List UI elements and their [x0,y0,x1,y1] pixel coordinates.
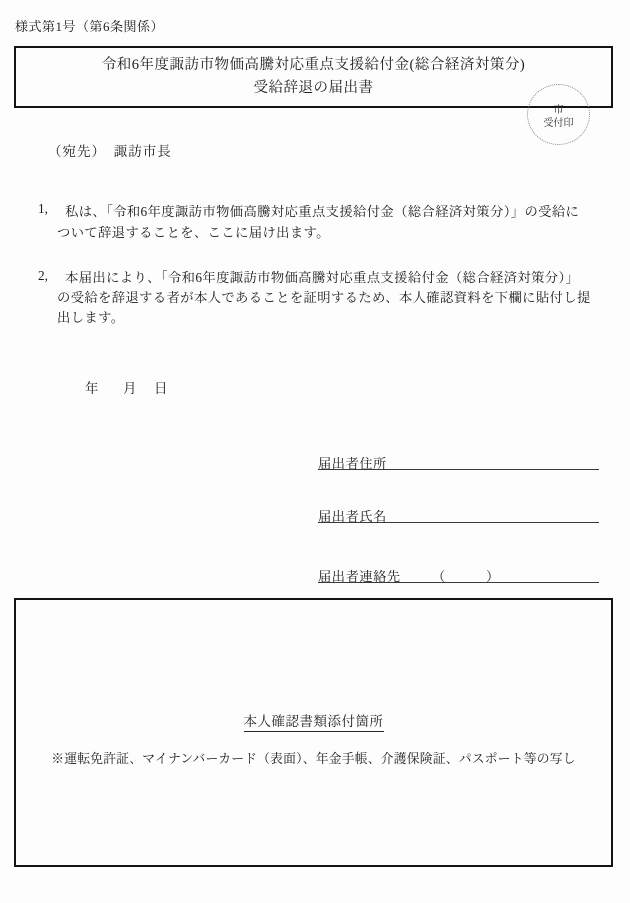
paragraph-2-line2: の受給を辞退する者が本人であることを証明するため、本人確認資料を下欄に貼付し提 [57,288,602,308]
stamp-label-city: 市 [528,104,589,117]
date-year-label: 年 [85,377,99,397]
declarant-name-label: 届出者氏名 [318,506,387,525]
stamp-label-reception: 受付印 [528,117,589,130]
contact-paren-open: （ [432,566,446,585]
paragraph-1-number: 1, [38,201,48,217]
declarant-address-field[interactable]: 届出者住所 [318,453,599,470]
attachment-box: 本人確認書類添付箇所 ※運転免許証、マイナンバーカード（表面）、年金手帳、介護保… [14,598,613,867]
form-title-line2: 受給辞退の届出書 [16,77,611,100]
declarant-contact-field[interactable]: 届出者連絡先 （ ） [318,566,599,583]
form-title-line1: 令和6年度諏訪市物価高騰対応重点支援給付金(総合経済対策分) [16,54,611,77]
paragraph-2-line3: 出します。 [57,308,602,328]
reception-stamp-area: 市 受付印 [527,84,590,145]
attachment-box-heading: 本人確認書類添付箇所 [16,710,611,730]
paragraph-1-line1: 私は、「令和6年度諏訪市物価高騰対応重点支援給付金（総合経済対策分）」の受給に [65,201,602,222]
date-month-label: 月 [123,377,137,397]
form-page: 様式第1号（第6条関係） 令和6年度諏訪市物価高騰対応重点支援給付金(総合経済対… [0,0,630,903]
form-code-label: 様式第1号（第6条関係） [15,16,164,35]
paragraph-2-number: 2, [38,268,48,284]
date-day-label: 日 [154,377,168,397]
paragraph-2-line1: 本届出により、「令和6年度諏訪市物価高騰対応重点支援給付金（総合経済対策分）」 [65,268,602,288]
addressee-line: （宛先） 諏訪市長 [48,140,172,160]
contact-paren-close: ） [486,566,500,585]
paragraph-1: 私は、「令和6年度諏訪市物価高騰対応重点支援給付金（総合経済対策分）」の受給に … [57,201,602,243]
declarant-address-label: 届出者住所 [318,453,387,472]
attachment-box-heading-text: 本人確認書類添付箇所 [244,714,384,732]
attachment-box-note: ※運転免許証、マイナンバーカード（表面）、年金手帳、介護保険証、パスポート等の写… [16,748,611,767]
paragraph-2: 本届出により、「令和6年度諏訪市物価高騰対応重点支援給付金（総合経済対策分）」 … [57,268,602,328]
paragraph-1-line2: ついて辞退することを、ここに届け出ます。 [57,222,602,243]
declarant-contact-label: 届出者連絡先 [318,566,401,585]
declarant-name-field[interactable]: 届出者氏名 [318,506,599,523]
form-title-box: 令和6年度諏訪市物価高騰対応重点支援給付金(総合経済対策分) 受給辞退の届出書 [14,46,613,108]
